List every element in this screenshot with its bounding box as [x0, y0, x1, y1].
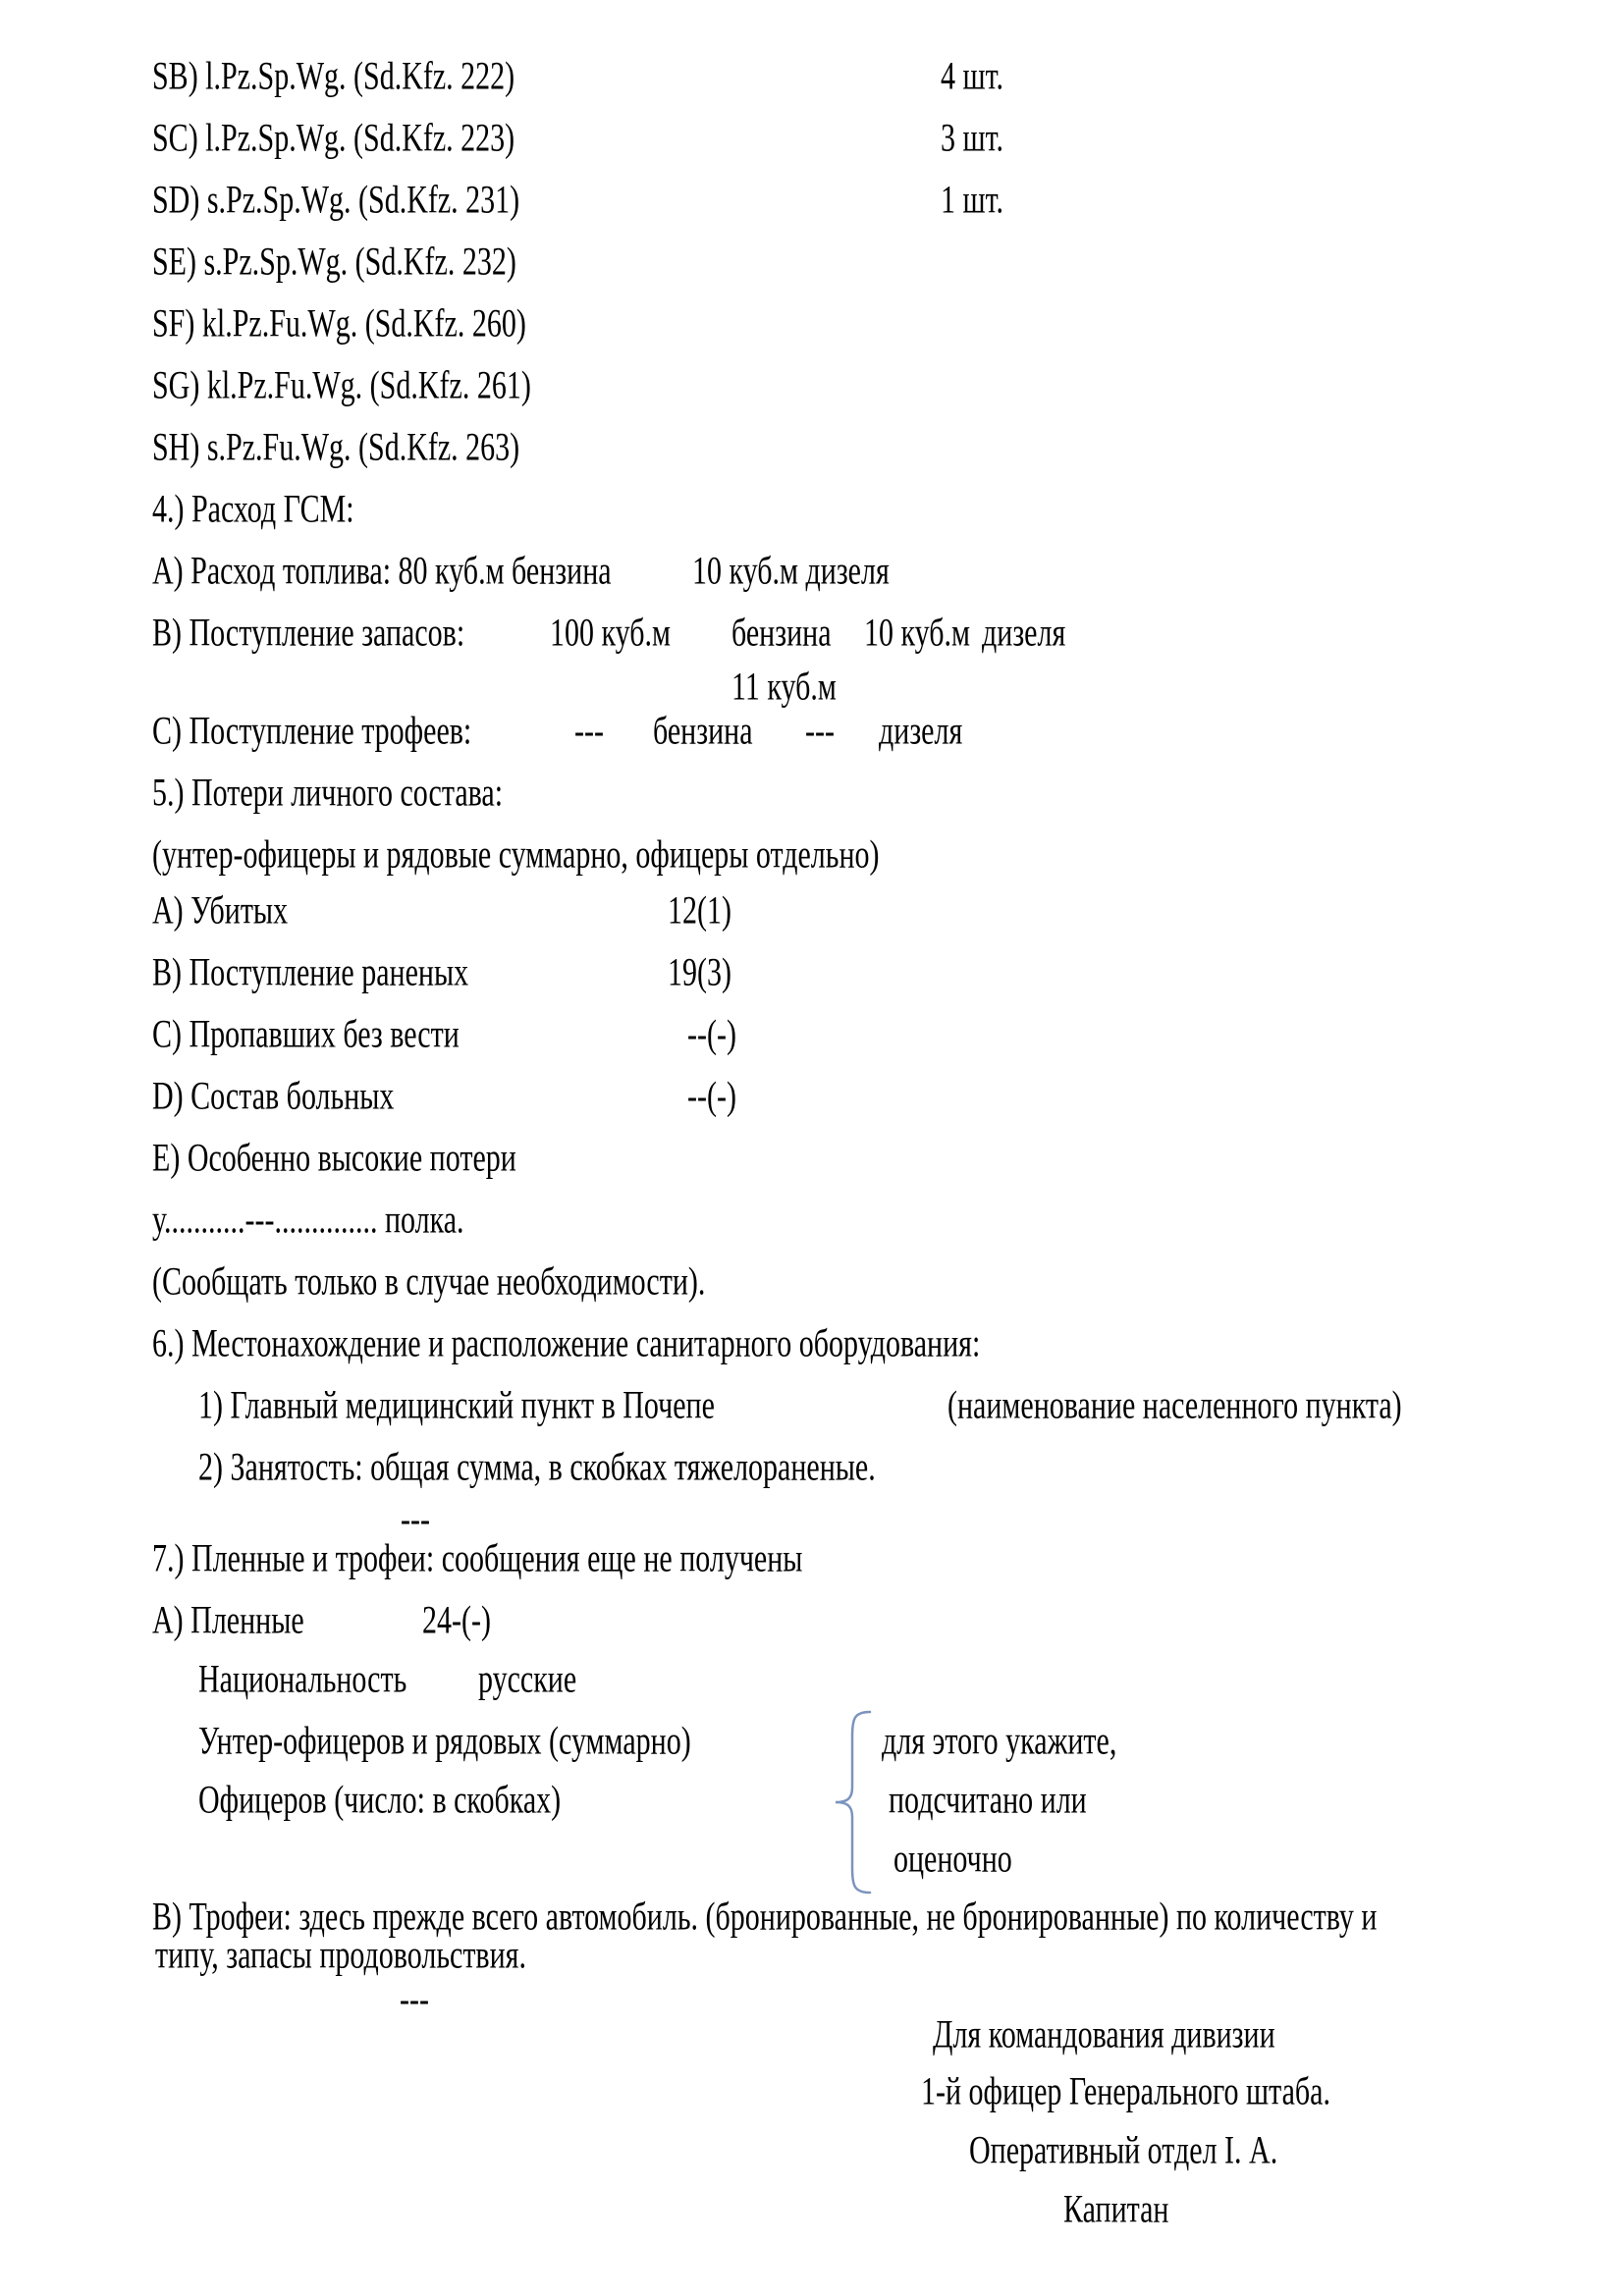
text-segment: 10 куб.м [864, 614, 970, 654]
text-segment: SG) kl.Pz.Fu.Wg. (Sd.Kfz. 261) [152, 366, 531, 406]
text-segment: подсчитано или [889, 1781, 1087, 1821]
document-page: SB) l.Pz.Sp.Wg. (Sd.Kfz. 222)4 шт.SC) l.… [0, 0, 1624, 2296]
text-segment: А) Расход топлива: 80 куб.м бензина [152, 552, 612, 592]
text-segment: --(-) [687, 1015, 736, 1055]
text-segment: дизеля [879, 712, 962, 752]
text-segment: 4 шт. [941, 57, 1003, 97]
text-segment: (наименование населенного пункта) [947, 1386, 1402, 1426]
text-segment: дизеля [982, 614, 1065, 654]
text-segment: В) Трофеи: здесь прежде всего автомобиль… [152, 1897, 1377, 1938]
text-segment: (унтер-офицеры и рядовые суммарно, офице… [152, 835, 880, 876]
text-segment: SH) s.Pz.Fu.Wg. (Sd.Kfz. 263) [152, 428, 519, 468]
text-segment: Национальность [198, 1660, 406, 1700]
text-segment: Офицеров (число: в скобках) [198, 1781, 561, 1821]
text-segment: типу, запасы продовольствия. [155, 1936, 526, 1976]
curly-brace [831, 1709, 872, 1896]
text-segment: 2) Занятость: общая сумма, в скобках тяж… [198, 1448, 876, 1488]
text-segment: 19(3) [668, 953, 731, 993]
text-segment: А) Пленные [152, 1601, 304, 1641]
text-segment: бензина [731, 614, 832, 654]
text-segment: D) Состав больных [152, 1077, 394, 1117]
text-segment: 7.) Пленные и трофеи: сообщения еще не п… [152, 1539, 802, 1579]
text-segment: --- [401, 1500, 430, 1540]
text-segment: С) Пропавших без вести [152, 1015, 460, 1055]
text-segment: (Сообщать только в случае необходимости)… [152, 1262, 705, 1303]
text-segment: у...........---.............. полка. [152, 1201, 464, 1241]
text-segment: SC) l.Pz.Sp.Wg. (Sd.Kfz. 223) [152, 119, 514, 159]
text-segment: Е) Особенно высокие потери [152, 1139, 516, 1179]
text-segment: С) Поступление трофеев: [152, 712, 471, 752]
text-segment: русские [478, 1660, 576, 1700]
text-segment: В) Поступление раненых [152, 953, 468, 993]
text-segment: SE) s.Pz.Sp.Wg. (Sd.Kfz. 232) [152, 242, 516, 283]
text-segment: --- [574, 712, 604, 752]
text-segment: В) Поступление запасов: [152, 614, 464, 654]
text-segment: для этого укажите, [882, 1722, 1116, 1762]
text-segment: бензина [653, 712, 753, 752]
text-segment: 10 куб.м дизеля [692, 552, 890, 592]
text-segment: 3 шт. [941, 119, 1003, 159]
text-segment: 6.) Местонахождение и расположение санит… [152, 1324, 980, 1364]
text-segment: 1 шт. [941, 181, 1003, 221]
text-segment: 11 куб.м [731, 667, 837, 708]
text-segment: 1) Главный медицинский пункт в Почепе [198, 1386, 715, 1426]
text-segment: 4.) Расход ГСМ: [152, 490, 354, 530]
text-segment: Капитан [1063, 2190, 1169, 2230]
text-segment: Унтер-офицеров и рядовых (суммарно) [198, 1722, 691, 1762]
text-segment: SB) l.Pz.Sp.Wg. (Sd.Kfz. 222) [152, 57, 514, 97]
text-segment: SD) s.Pz.Sp.Wg. (Sd.Kfz. 231) [152, 181, 519, 221]
text-segment: А) Убитых [152, 891, 288, 932]
text-segment: 24-(-) [422, 1601, 491, 1641]
text-segment: Для командования дивизии [933, 2015, 1275, 2056]
text-segment: --(-) [687, 1077, 736, 1117]
text-segment: оценочно [893, 1840, 1012, 1880]
text-segment: 5.) Потери личного состава: [152, 774, 503, 814]
text-segment: 100 куб.м [550, 614, 671, 654]
text-segment: SF) kl.Pz.Fu.Wg. (Sd.Kfz. 260) [152, 304, 526, 345]
text-segment: 1-й офицер Генерального штаба. [921, 2072, 1330, 2112]
text-segment: --- [400, 1980, 429, 2020]
text-segment: Оперативный отдел I. А. [969, 2131, 1277, 2171]
text-segment: --- [805, 712, 835, 752]
text-segment: 12(1) [668, 891, 731, 932]
